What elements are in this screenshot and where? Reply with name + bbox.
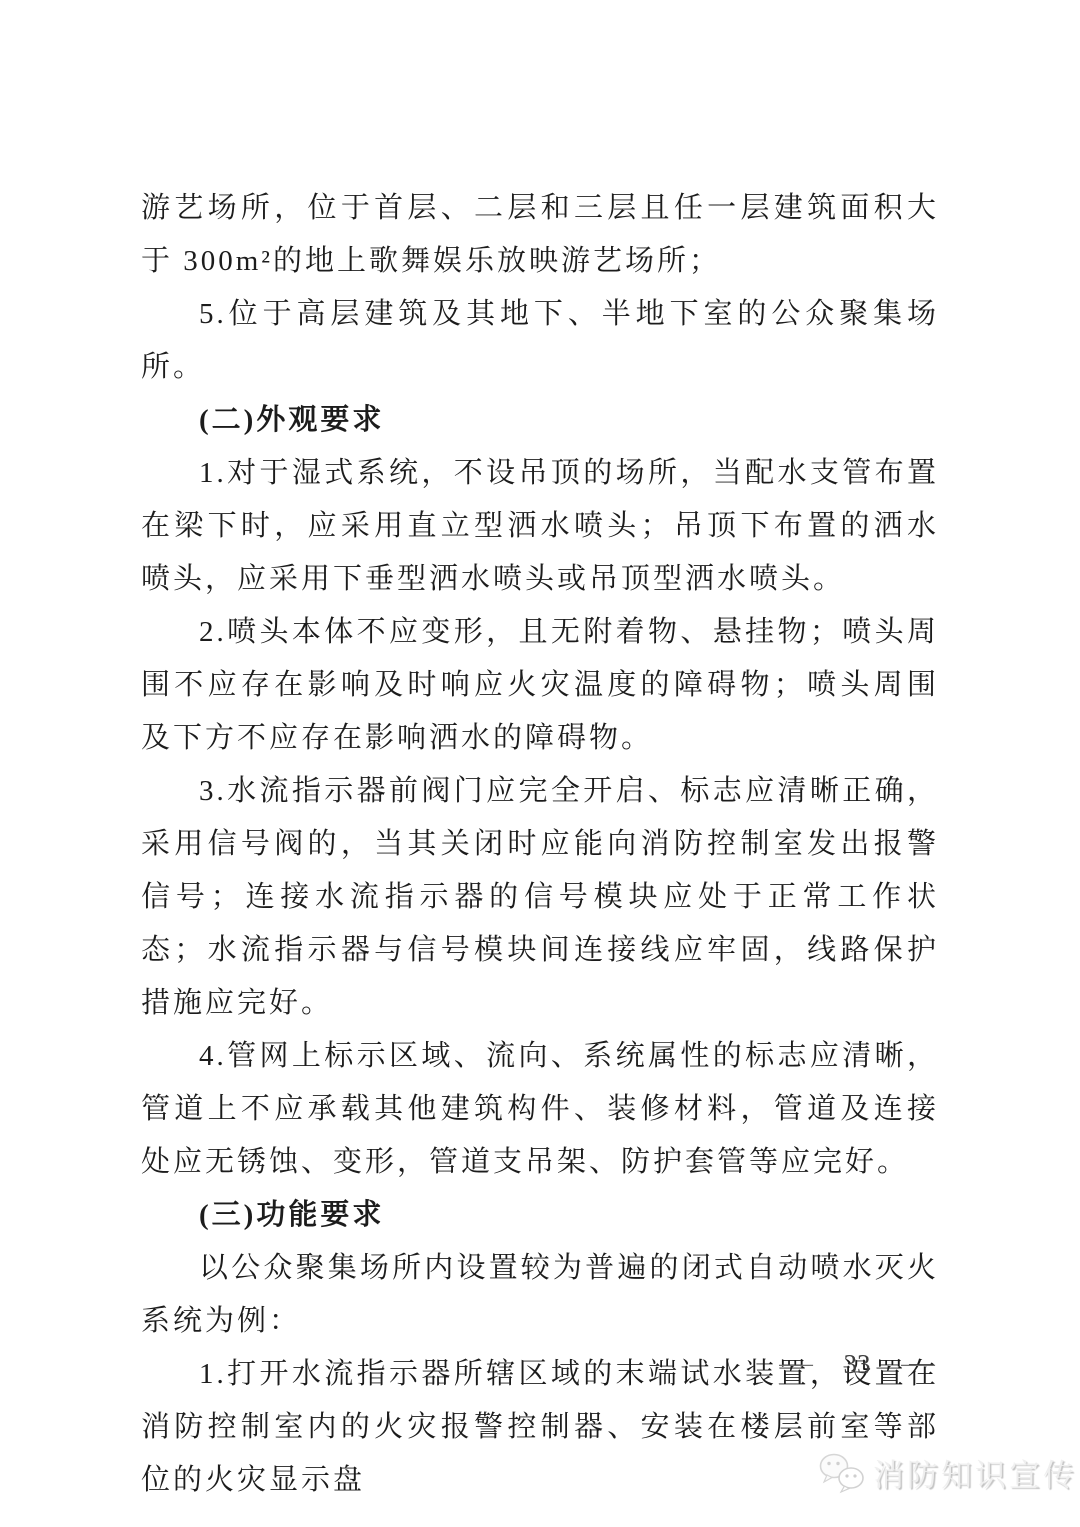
page-number-dash-right: — <box>901 1351 935 1378</box>
list-item-4: 4.管网上标示区域、流向、系统属性的标志应清晰，管道上不应承载其他建筑构件、装修… <box>141 1030 939 1189</box>
paragraph-continuation: 游艺场所，位于首层、二层和三层且任一层建筑面积大于 300m²的地上歌舞娱乐放映… <box>141 182 939 288</box>
watermark-label: 消防知识宣传 <box>873 1450 1077 1495</box>
section-heading-function: (三)功能要求 <box>141 1189 939 1242</box>
list-item-3: 3.水流指示器前阀门应完全开启、标志应清晰正确，采用信号阀的，当其关闭时应能向消… <box>141 765 939 1030</box>
paragraph-intro: 以公众聚集场所内设置较为普遍的闭式自动喷水灭火系统为例： <box>141 1242 939 1348</box>
section-heading-appearance: (二)外观要求 <box>141 394 939 447</box>
page-number-value: 33 <box>844 1349 871 1380</box>
watermark: 消防知识宣传 <box>818 1450 1077 1495</box>
document-body: 游艺场所，位于首层、二层和三层且任一层建筑面积大于 300m²的地上歌舞娱乐放映… <box>141 182 939 1507</box>
list-item-2: 2.喷头本体不应变形，且无附着物、悬挂物；喷头周围不应存在影响及时响应火灾温度的… <box>141 606 939 765</box>
list-item-5: 5.位于高层建筑及其地下、半地下室的公众聚集场所。 <box>141 288 939 394</box>
page-number: — 33 — <box>784 1349 930 1380</box>
page-number-dash-left: — <box>779 1351 813 1378</box>
document-page: 游艺场所，位于首层、二层和三层且任一层建筑面积大于 300m²的地上歌舞娱乐放映… <box>0 0 1080 1527</box>
wechat-icon <box>818 1452 866 1494</box>
list-item-1: 1.对于湿式系统，不设吊顶的场所，当配水支管布置在梁下时，应采用直立型洒水喷头；… <box>141 447 939 606</box>
